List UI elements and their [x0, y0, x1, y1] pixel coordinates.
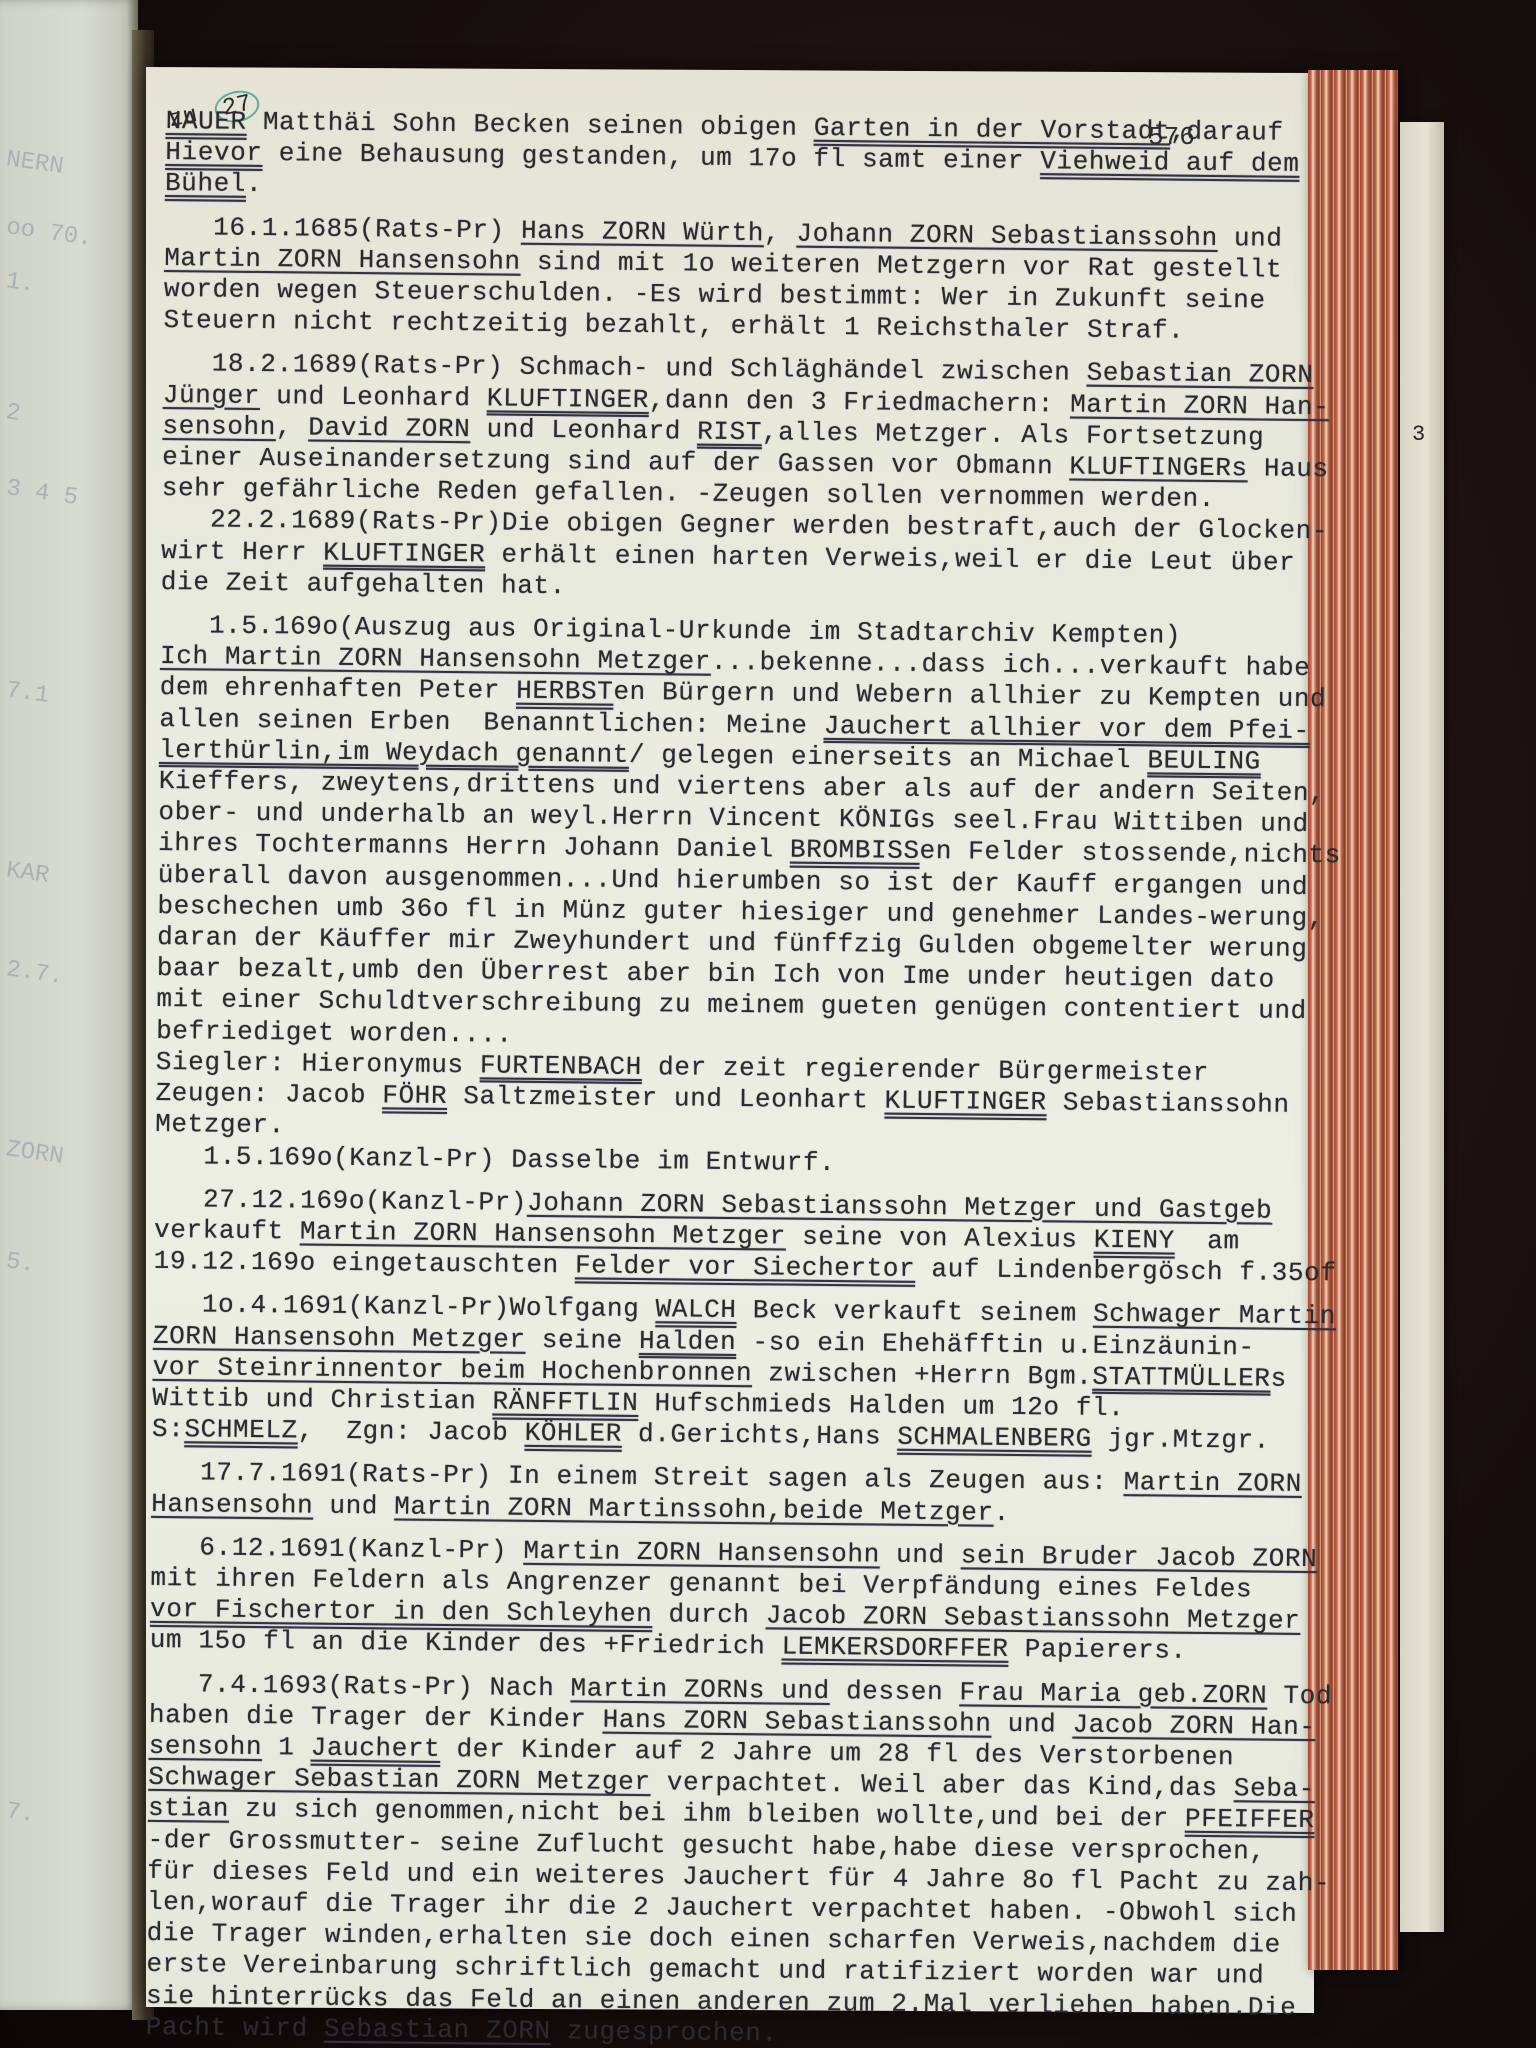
text-segment: Tod — [1267, 1680, 1332, 1711]
entry-paragraph: 1.5.169o(Auszug aus Original-Urkunde im … — [155, 610, 1401, 1185]
underlined-name: Ich Martin ZORN Hansensohn Metzger — [160, 641, 711, 677]
text-segment: , Zgn: Jacob — [298, 1416, 525, 1448]
text-segment: S: — [152, 1414, 185, 1444]
facing-page-text: ZORN — [4, 1136, 65, 1171]
double-underlined-term: WALCH — [655, 1295, 736, 1326]
text-segment: 1o.4.1691(Kanzl-Pr)Wolfgang — [153, 1289, 656, 1324]
double-underlined-term: STATTMÜLLER — [1092, 1361, 1271, 1393]
text-segment: durch — [652, 1599, 766, 1630]
text-segment: Sebastianssohn — [1046, 1087, 1289, 1120]
double-underlined-term: NAUER — [166, 106, 247, 137]
underlined-name: Martin ZORN — [1123, 1467, 1302, 1499]
tab-mark: 3 — [1412, 422, 1425, 447]
text-segment: Pacht wird — [146, 2012, 325, 2044]
text-segment: Metzger. — [155, 1109, 285, 1140]
text-segment: und Leonhard — [260, 381, 487, 413]
double-underlined-term: RÄNFFTLIN — [492, 1386, 638, 1418]
double-underlined-term: HERBST — [516, 676, 614, 707]
text-segment: haben die Trager der Kinder — [149, 1700, 603, 1735]
underlined-name: Sebastian ZORN — [324, 2014, 551, 2046]
double-underlined-term: LEMKERSDORFFER — [782, 1632, 1009, 1664]
text-segment: ,alles Metzger. Als Fortsetzung — [762, 417, 1265, 452]
text-segment: ,dann den 3 Friedmachern: — [649, 385, 1071, 419]
underlined-name: Jacob ZORN Sebastianssohn Metzger — [766, 1601, 1301, 1637]
underlined-name: Jünger — [163, 380, 261, 411]
underlined-name: Frau Maria geb.ZORN — [959, 1677, 1267, 1710]
facing-page-text: oo 70. — [5, 214, 94, 253]
double-underlined-term: FÖHR — [382, 1080, 447, 1111]
text-segment: wirt Herr — [161, 536, 323, 568]
facing-page-text: KAR — [4, 857, 51, 890]
text-segment: Hufschmieds Halden um 12o fl. — [638, 1388, 1124, 1423]
text-segment: 16.1.1685(Rats-Pr) — [164, 212, 521, 246]
text-segment: Beck verkauft seinem — [736, 1295, 1093, 1329]
underlined-name: Schwager Sebastian ZORN Metzger — [148, 1762, 651, 1797]
underlined-name: Martin ZORN Martinssohn,beide Metzger — [394, 1491, 994, 1527]
double-underlined-term: FURTENBACH — [480, 1050, 642, 1082]
text-segment: seine von Alexius — [786, 1221, 1094, 1254]
double-underlined-term: KÖHLER — [524, 1418, 622, 1449]
text-segment: zwischen +Herrn Bgm. — [752, 1358, 1093, 1392]
underlined-name: Martin ZORN Hansensohn — [164, 243, 521, 277]
text-segment: auf Lindenbergösch f.35of — [915, 1254, 1337, 1288]
text-segment: 6.12.1691(Kanzl-Pr) — [151, 1532, 524, 1566]
text-segment: ...bekenne...dass ich...verkauft habe — [711, 647, 1311, 683]
text-segment: 1.5.169o(Kanzl-Pr) Dasselbe im Entwurf. — [155, 1140, 836, 1177]
text-segment: , — [276, 412, 309, 442]
underlined-name: Johann ZORN Sebastianssohn — [796, 218, 1218, 252]
double-underlined-term: SCHMALENBERG — [897, 1422, 1092, 1454]
underlined-name: Hans ZORN Würth — [521, 215, 764, 248]
double-underlined-term: KLUFTINGER — [323, 537, 485, 569]
text-segment: Saltzmeister und Leonhart — [447, 1081, 885, 1116]
facing-page-text: 7. — [4, 1798, 36, 1829]
text-segment: , — [764, 218, 797, 248]
double-underlined-term: BROMBISS — [790, 835, 920, 866]
facing-page-text: 3 4 5 — [4, 475, 79, 512]
double-underlined-term: Bühel — [165, 168, 246, 199]
underlined-name: Martin ZORN Hansensohn Metzger — [300, 1216, 786, 1251]
entry-paragraph: 17.7.1691(Rats-Pr) In einem Streit sagen… — [151, 1457, 1392, 1532]
text-segment: und — [991, 1708, 1072, 1739]
underlined-name: vor Steinrinnentor beim Hochenbronnen — [152, 1352, 752, 1388]
facing-page-text: 7.1 — [4, 677, 51, 710]
text-segment: 7.4.1693(Rats-Pr) Nach — [149, 1668, 571, 1702]
text-segment: dem ehrenhaften Peter — [160, 672, 517, 706]
double-underlined-term: PFEIFFER — [1185, 1804, 1315, 1835]
entry-paragraph: 16.1.1685(Rats-Pr) Hans ZORN Würth, Joha… — [163, 212, 1404, 350]
text-segment: am — [1175, 1226, 1240, 1257]
entry-paragraph: NAUER Matthäi Sohn Becken seinen obigen … — [165, 106, 1406, 213]
text-segment: 1 — [262, 1732, 311, 1763]
double-underlined-term: Jauchert — [311, 1733, 441, 1764]
facing-page-text: 2.7. — [4, 956, 65, 991]
text-segment: Matthäi Sohn Becken seinen obigen — [247, 107, 814, 143]
double-underlined-term: vor Fischertor in den Schleyhen — [150, 1594, 653, 1629]
underlined-name: sensohn — [162, 411, 276, 442]
underlined-name: Schwager Martin — [1093, 1299, 1336, 1332]
double-underlined-term: KIENY — [1094, 1225, 1175, 1256]
text-segment: der zeit regierender Bürgermeister — [642, 1052, 1209, 1088]
double-underlined-term: Halden — [639, 1326, 737, 1357]
double-underlined-term: RIST — [697, 416, 762, 447]
text-segment: Siegler: Hieronymus — [156, 1047, 480, 1080]
text-segment: . — [994, 1497, 1011, 1527]
facing-page-text: NERN — [4, 146, 65, 181]
double-underlined-term: BEULING — [1147, 745, 1261, 776]
entry-paragraph: 18.2.1689(Rats-Pr) Schmach- und Schläghä… — [161, 348, 1404, 611]
double-underlined-term: Jauchert allhier vor dem Pfei- — [824, 711, 1310, 746]
underlined-name: KLUFTINGERs — [1069, 452, 1248, 484]
facing-page-text: 2 — [4, 399, 22, 428]
underlined-name: ZORN Hansensohn Metzger — [153, 1320, 526, 1354]
text-segment: s — [1270, 1363, 1287, 1393]
page-tab: 3 — [1400, 122, 1444, 1932]
double-underlined-term: Viehweid auf dem — [1040, 146, 1300, 179]
text-segment: jgr.Mtzgr. — [1092, 1424, 1271, 1456]
text-segment: 19.12.169o eingetauschten — [154, 1246, 576, 1280]
text-segment: verpachtet. Weil aber das Kind,das — [650, 1767, 1234, 1803]
double-underlined-term: KLUFTINGER — [884, 1086, 1046, 1118]
double-underlined-term: KLUFTINGER — [487, 383, 649, 415]
double-underlined-term: SCHMELZ — [184, 1414, 298, 1445]
underlined-name: David ZORN — [308, 412, 470, 444]
double-underlined-term: Hievor — [165, 137, 263, 168]
text-segment: . — [246, 169, 263, 199]
entry-paragraph: 7.4.1693(Rats-Pr) Nach Martin ZORNs und … — [146, 1668, 1390, 2048]
text-segment: d.Gerichts,Hans — [622, 1419, 898, 1452]
double-underlined-term: Garten in der Vorstadt — [814, 113, 1171, 147]
double-underlined-term: lerthürlin,im Weydach genannt — [159, 735, 629, 770]
text-segment: und — [1218, 223, 1283, 254]
text-segment: ihres Tochtermanns Herrn Johann Daniel — [158, 828, 790, 865]
underlined-name: Martin ZORNs und — [570, 1673, 830, 1706]
double-underlined-term: Felder vor Siechertor — [575, 1250, 916, 1284]
typewritten-text: NAUER Matthäi Sohn Becken seinen obigen … — [146, 92, 1406, 2048]
text-segment: befriediget worden.... — [156, 1016, 513, 1050]
underlined-name: Jacob ZORN Han- — [1072, 1709, 1315, 1742]
text-segment: / gelegen einerseits an Michael — [629, 740, 1148, 775]
text-segment: Zeugen: Jacob — [155, 1078, 382, 1110]
text-segment: und — [880, 1539, 961, 1570]
underlined-name: sein Bruder Jacob ZORN — [961, 1540, 1318, 1574]
entry-paragraph: 1o.4.1691(Kanzl-Pr)Wolfgang WALCH Beck v… — [152, 1289, 1394, 1458]
underlined-name: Martin ZORN Hansensohn — [523, 1536, 880, 1570]
entry-paragraph: 27.12.169o(Kanzl-Pr)Johann ZORN Sebastia… — [154, 1184, 1395, 1291]
text-segment: und — [313, 1490, 394, 1521]
facing-page-text: 5. — [4, 1248, 36, 1279]
text-segment: zugesprochen. — [551, 2016, 778, 2048]
text-segment: die Zeit aufgehalten hat. — [161, 567, 566, 601]
text-segment: seine — [525, 1324, 639, 1355]
underlined-name: Sebastian ZORN — [1086, 358, 1313, 390]
underlined-name: Hans ZORN Sebastianssohn — [602, 1704, 991, 1738]
underlined-name: Hansensohn — [151, 1488, 313, 1520]
underlined-name: stian — [148, 1793, 229, 1824]
underlined-name: Martin ZORN Han- — [1070, 389, 1330, 422]
text-segment: en Felder stossende,nichts — [919, 836, 1341, 870]
left-page: NERNoo 70.1.23 4 57.1KAR2.7.ZORN5.7. — [0, 0, 138, 2010]
facing-page-text: 1. — [4, 268, 36, 299]
underlined-name: Seba- — [1234, 1773, 1315, 1804]
text-segment: -so ein Ehehäfftin u.Einzäunin- — [736, 1327, 1255, 1362]
text-segment: um 15o fl an die Kinder des +Friedrich — [150, 1625, 782, 1662]
text-segment: Wittib und Christian — [152, 1383, 493, 1417]
text-segment: und Leonhard — [470, 414, 697, 446]
entry-paragraph: 6.12.1691(Kanzl-Pr) Martin ZORN Hansenso… — [150, 1532, 1391, 1670]
text-segment: ,darauf — [1170, 117, 1284, 148]
underlined-name: sensohn — [149, 1731, 263, 1762]
text-segment: verkauft — [154, 1215, 300, 1247]
text-segment: 27.12.169o(Kanzl-Pr) — [154, 1184, 527, 1218]
text-segment: Haus — [1248, 453, 1329, 484]
text-segment: Papierers. — [1008, 1634, 1187, 1666]
text-segment: dessen — [830, 1676, 960, 1707]
